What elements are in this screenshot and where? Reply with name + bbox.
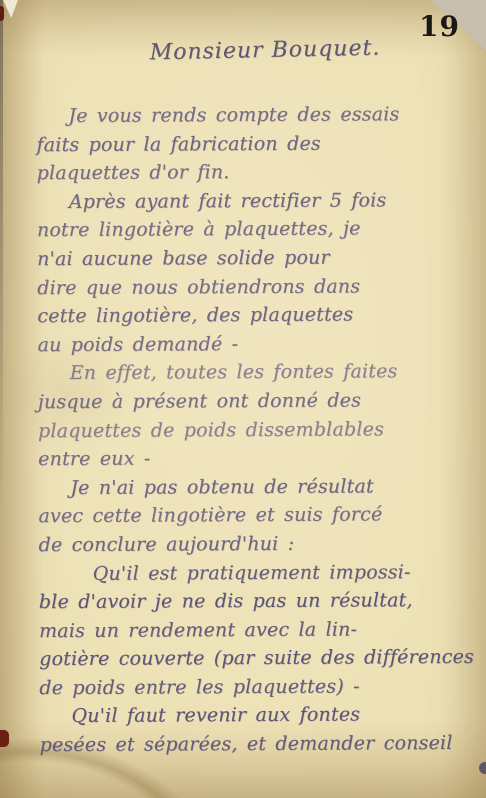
edge-mark-bottom — [0, 730, 9, 747]
handwritten-line: de poids entre les plaquettes) - — [39, 672, 483, 703]
edge-mark-top — [0, 6, 4, 21]
handwritten-line: de conclure aujourd'hui : — [39, 529, 483, 560]
handwritten-line: dire que nous obtiendrons dans — [37, 271, 481, 302]
scan-edge-shadow — [0, 0, 3, 520]
handwritten-line: au poids demandé - — [37, 329, 481, 360]
handwritten-line: faits pour la fabrication des — [36, 128, 480, 159]
handwritten-line: Je n'ai pas obtenu de résultat — [38, 472, 482, 503]
letter-body: Je vous rends compte des essais faits po… — [36, 100, 483, 760]
handwritten-line: plaquettes d'or fin. — [37, 157, 481, 188]
handwritten-line: En effet, toutes les fontes faites — [38, 357, 482, 388]
handwritten-line: avec cette lingotière et suis forcé — [38, 500, 482, 531]
handwritten-line: Qu'il est pratiquement impossi- — [39, 557, 483, 588]
handwritten-line: n'ai aucune base solide pour — [37, 243, 481, 274]
handwritten-line: cette lingotière, des plaquettes — [37, 300, 481, 331]
handwritten-line: plaquettes de poids dissemblables — [38, 414, 482, 445]
ink-smudge — [479, 762, 486, 774]
handwritten-line: notre lingotière à plaquettes, je — [37, 214, 481, 245]
handwritten-line: ble d'avoir je ne dis pas un résultat, — [39, 586, 483, 617]
handwritten-line: Je vous rends compte des essais — [36, 100, 480, 131]
handwritten-line: pesées et séparées, et demander conseil — [40, 729, 484, 760]
handwritten-line: mais un rendement avec la lin- — [39, 615, 483, 646]
handwritten-line: Après ayant fait rectifier 5 fois — [37, 186, 481, 217]
handwritten-line: entre eux - — [38, 443, 482, 474]
scanned-letter-page: 19 Monsieur Bouquet. Je vous rends compt… — [0, 0, 486, 798]
handwritten-line: Qu'il faut revenir aux fontes — [39, 700, 483, 731]
handwritten-line: jusque à présent ont donné des — [38, 386, 482, 417]
handwritten-line: gotière couverte (par suite des différen… — [39, 643, 483, 674]
